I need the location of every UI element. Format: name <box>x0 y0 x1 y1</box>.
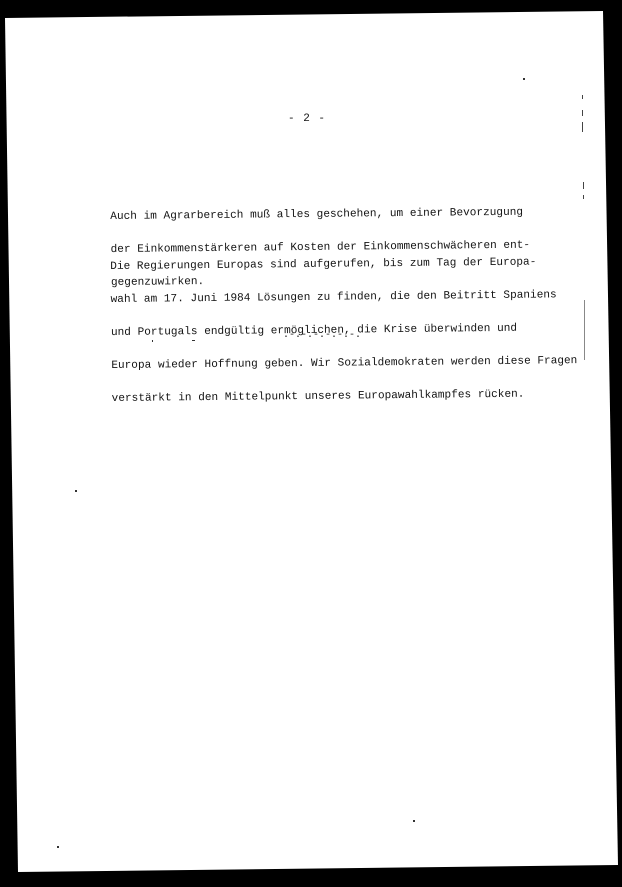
scan-speck <box>57 846 59 848</box>
scan-speck <box>523 78 525 80</box>
scanned-page: - 2 - Auch im Agrarbereich muß alles ges… <box>0 0 622 887</box>
page-number: - 2 - <box>288 113 326 125</box>
scan-speck <box>192 340 195 341</box>
scan-speck <box>75 490 77 492</box>
scan-speck <box>413 820 415 822</box>
scan-edge-mark <box>582 122 583 132</box>
text-line: verstärkt in den Mittelpunkt unseres Eur… <box>112 389 578 405</box>
text-line: Die Regierungen Europas sind aufgerufen,… <box>110 257 576 273</box>
text-line: wahl am 17. Juni 1984 Lösungen zu finden… <box>111 290 577 306</box>
scan-edge-mark <box>582 110 583 116</box>
text-line: Europa wieder Hoffnung geben. Wir Sozial… <box>111 356 577 372</box>
scan-edge-mark <box>583 195 584 199</box>
scan-speck <box>152 340 153 342</box>
scan-edge-mark <box>584 300 585 360</box>
end-of-text-mark: .-.-.-.-.-.-. <box>283 330 361 341</box>
scan-edge-mark <box>582 95 583 99</box>
text-line: Auch im Agrarbereich muß alles geschehen… <box>110 208 530 223</box>
scan-edge-mark <box>583 182 584 189</box>
